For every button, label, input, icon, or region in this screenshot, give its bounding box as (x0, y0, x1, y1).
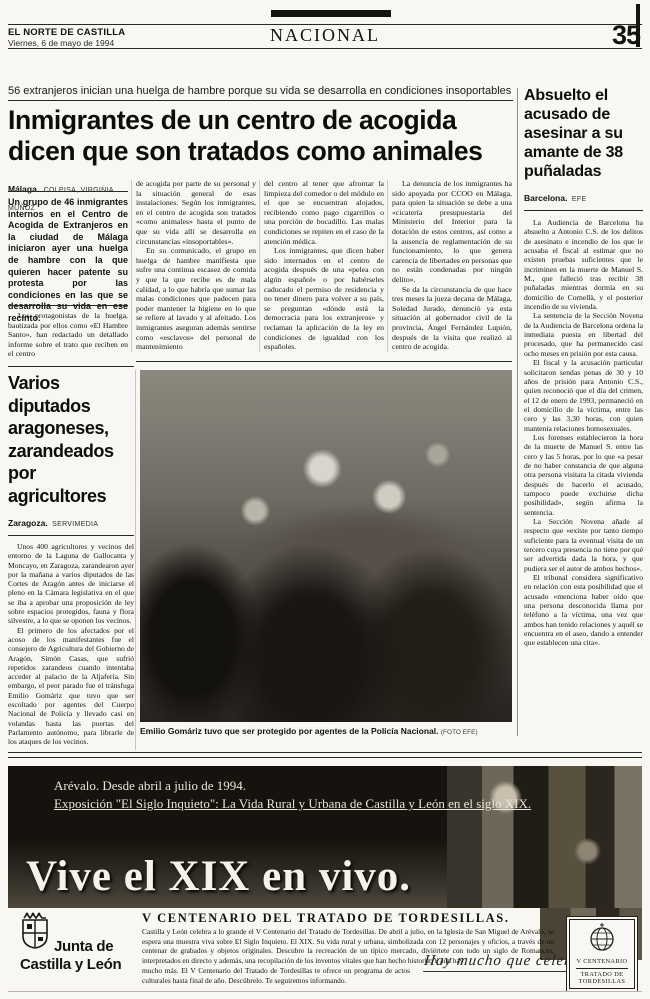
byline-rule (8, 191, 128, 192)
logo-line1: V CENTENARIO (576, 958, 627, 966)
column-divider (131, 180, 132, 352)
corner-bar (636, 4, 640, 47)
paragraph: Los forenses establecieron la hora de la… (524, 433, 643, 517)
junta-text-line1: Junta de (54, 938, 113, 955)
byline-place: Málaga. (8, 184, 39, 194)
main-right-divider (517, 88, 518, 736)
caption-text: Emilio Gomáriz tuvo que ser protegido po… (140, 726, 439, 736)
section-double-rule (8, 752, 642, 758)
paragraph: El tribunal considera significativo en r… (524, 573, 643, 648)
photo-credit: (FOTO EFE) (441, 729, 478, 736)
lead-col3: del centro al tener que afrontar la limp… (264, 179, 384, 357)
paper-name: EL NORTE DE CASTILLA (8, 27, 125, 38)
advert-slogan: Vive el XIX en vivo. (26, 852, 411, 901)
lead-col2: de acogida por parte de su personal y la… (136, 179, 256, 357)
paragraph: Unos 400 agricultores y vecinos del ento… (8, 542, 134, 626)
paragraph: del centro al tener que afrontar la limp… (264, 179, 384, 246)
news-photo (140, 370, 512, 722)
paragraph: El fiscal y la acusación particular soli… (524, 358, 643, 433)
section-bar (271, 10, 391, 17)
paragraph: Se da la circunstancia de que hace tres … (392, 285, 512, 352)
header-bottom-rule (8, 48, 642, 49)
columns-bottom-rule (136, 361, 512, 362)
byline-place: Barcelona. (524, 193, 567, 203)
acquittal-byline: Barcelona. EFE (524, 188, 643, 206)
footer-heading: V CENTENARIO DEL TRATADO DE TORDESILLAS. (142, 911, 562, 926)
newspaper-page: NACIONAL EL NORTE DE CASTILLA Viernes, 6… (0, 0, 650, 999)
tordesillas-globe-icon (589, 923, 615, 958)
advert-photo-collage (447, 766, 642, 908)
aragon-headline: Varios diputados aragoneses, zarandeados… (8, 372, 134, 507)
column-divider (135, 370, 136, 750)
photo-caption: Emilio Gomáriz tuvo que ser protegido po… (140, 726, 512, 736)
paragraph: Los protagonistas de la huelga, bautizad… (8, 311, 128, 359)
acquittal-headline: Absuelto el acusado de asesinar a su ama… (524, 86, 643, 181)
paragraph: La Audiencia de Barcelona ha absuelto a … (524, 218, 643, 311)
footer-body-continued: mucho más. El V Centenario del Tratado d… (142, 966, 410, 985)
byline-rule (524, 210, 643, 211)
aragon-article: Varios diputados aragoneses, zarandeados… (8, 366, 134, 752)
tordesillas-logo-box: V CENTENARIO TRATADO DE TORDESILLAS (566, 916, 638, 992)
paragraph: El primero de los afectados por el acoso… (8, 626, 134, 747)
advert-line2: Exposición "El Siglo Inquieto": La Vida … (54, 796, 531, 812)
lead-headline: Inmigrantes de un centro de acogida dice… (8, 105, 515, 167)
kicker-rule (8, 100, 513, 101)
lead-summary-rule (8, 305, 128, 306)
aragon-body: Unos 400 agricultores y vecinos del ento… (8, 542, 134, 747)
logo-line2: TRATADO DE (581, 971, 624, 979)
acquittal-article: Absuelto el acusado de asesinar a su ama… (524, 86, 643, 756)
column-divider (259, 180, 260, 352)
paragraph: La sentencia de la Sección Novena de la … (524, 311, 643, 358)
junta-text-line2: Castilla y León (20, 956, 138, 973)
logo-divider (576, 968, 628, 969)
paragraph: de acogida por parte de su personal y la… (136, 179, 256, 246)
logo-line3: TORDESILLAS (579, 978, 626, 986)
junta-logo: Junta de Castilla y León (20, 912, 138, 973)
byline-agency: EFE (572, 196, 587, 203)
paragraph: En su comunicado, el grupo en huelga de … (136, 246, 256, 352)
byline-agency: SERVIMEDIA (52, 521, 98, 528)
acquittal-body: La Audiencia de Barcelona ha absuelto a … (524, 218, 643, 756)
lead-col1: Los protagonistas de la huelga, bautizad… (8, 311, 128, 359)
byline-place: Zaragoza. (8, 518, 48, 528)
paragraph: Los inmigrantes, que dicen haber sido in… (264, 246, 384, 352)
paragraph: La denuncia de los inmigrantes ha sido a… (392, 179, 512, 285)
byline-rule (8, 535, 134, 536)
lead-col4: La denuncia de los inmigrantes ha sido a… (392, 179, 512, 357)
aragon-byline: Zaragoza. SERVIMEDIA (8, 513, 134, 531)
paragraph: La Sección Novena añade al respecto que … (524, 517, 643, 573)
edition-date: Viernes, 6 de mayo de 1994 (8, 38, 114, 48)
page-bottom-rule (8, 991, 642, 992)
article-top-rule (8, 366, 134, 367)
column-divider (387, 180, 388, 352)
junta-castilla-leon-shield-icon (20, 912, 50, 955)
advert-line1: Arévalo. Desde abril a julio de 1994. (54, 778, 246, 794)
kicker: 56 extranjeros inician una huelga de ham… (8, 85, 513, 97)
